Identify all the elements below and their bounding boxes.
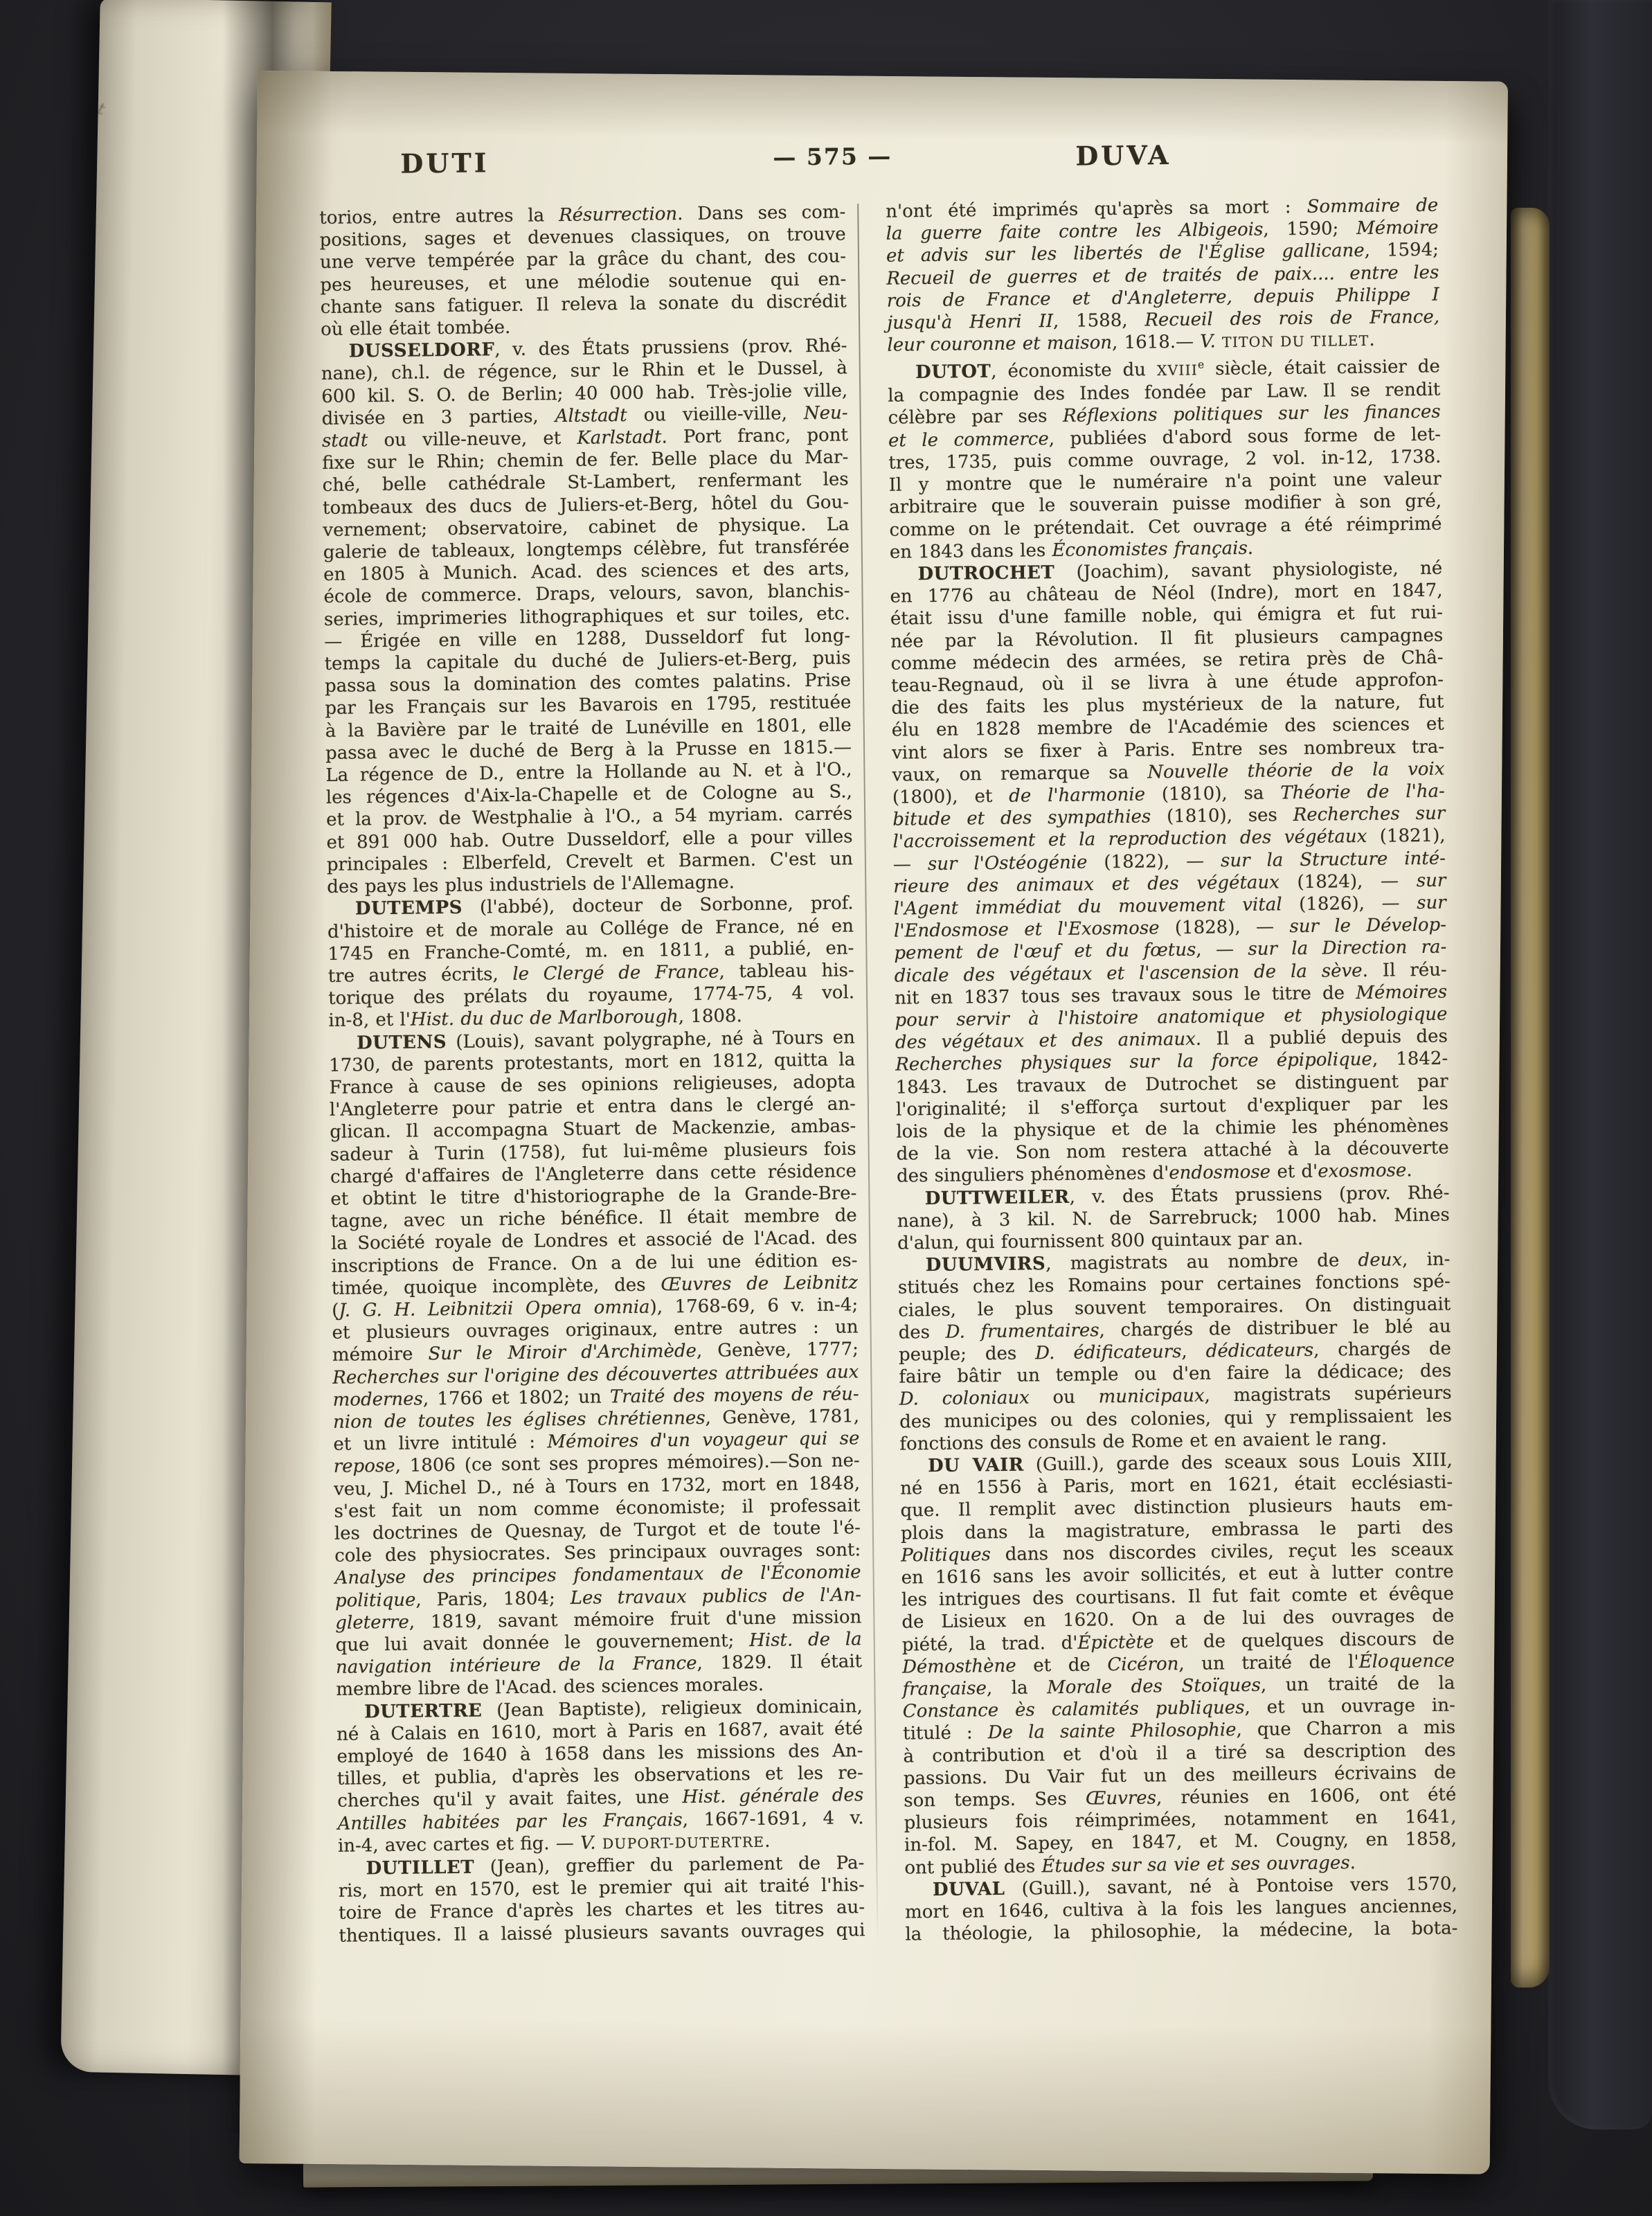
text-segment-i: gleterre [335,1611,409,1633]
text-segment-i: Éloquence [1358,1650,1455,1672]
text-segment-i: sur la Structure inté- [1221,848,1446,871]
text-segment-i: sur le Dévelop- [1289,915,1446,938]
text-segment-i: V. [580,1832,596,1853]
text-segment-i: Nouvelle théorie de la voix [1147,758,1445,783]
page-content: DUTI — 575 — DUVA torios, entre autres l… [250,69,1524,2176]
text-segment-i: D. coloniaux [899,1388,1030,1410]
text-segment-i: nion de toutes les églises chrétiennes [333,1408,706,1433]
text-line: traces disparaissaient tous l [60,787,66,1047]
text-segment-i: sur la Direction ra- [1248,937,1446,960]
text-segment-i: repose [334,1456,395,1477]
text-segment-i: l'Endosmose et l'Exosmose [894,918,1160,941]
text-segment-sc: DUPORT-DUTERTRE [602,1834,765,1852]
text-segment-b: DUTROCHET [917,562,1054,584]
text-segment-i: Œuvres de Leibnitz [661,1272,858,1295]
text-segment-i: Altstadt [555,405,627,427]
book-page: DUTI — 575 — DUVA torios, entre autres l… [240,71,1508,2174]
text-segment-i: Mémoires [1356,981,1447,1003]
text-segment-i: Études sur sa vie et ses ouvrages [1041,1852,1349,1877]
text-segment-b: DUTTWEILER [925,1186,1070,1208]
text-segment-b: DUTERTRE [364,1700,483,1722]
page-number: — 575 — [773,143,892,171]
text-segment-b: DUUMVIRS [926,1253,1046,1276]
text-segment-i: Sommaire de [1307,195,1438,217]
text-segment-i: Théorie de l'ha- [1280,781,1445,804]
text-segment-i: politique [335,1589,416,1611]
text-segment-i: Les travaux publics de l'An- [571,1584,862,1609]
text-segment-i: Réflexions politiques sur les finances [1063,402,1441,427]
text-segment-i: endosmose [1169,1162,1271,1184]
text-segment-i: De la sainte Philosophie [988,1720,1237,1744]
text-segment-b: DUVAL [933,1879,1005,1900]
text-segment-i: des végétaux et des animaux [895,1029,1196,1053]
text-segment-i: de l'harmonie [1009,784,1145,806]
text-segment-b: DUTILLET [366,1857,474,1879]
text-segment-b: DUTEMPS [355,897,463,920]
text-segment-i: sur l'Ostéogénie [928,852,1088,875]
text-segment-i: exosmose [1318,1161,1406,1182]
running-head-right-catchword: DUVA [1075,139,1171,172]
text-segment-i: D. frumentaires [946,1320,1099,1343]
running-head: DUTI — 575 — DUVA [318,136,1438,200]
text-segment-i: sur [1417,893,1446,913]
column-left: torios, entre autres la Résurrection. Da… [319,201,865,1952]
text-segment-sup: e [1198,359,1204,371]
text-segment-i: modernes [333,1388,424,1410]
text-segment-sc: TITON DU TILLET [1222,332,1370,350]
text-segment-i: rieure des animaux et des végétaux [893,872,1280,897]
text-segment-i: Sur le Miroir d'Archimède [428,1341,697,1364]
text-segment-i: sur [1417,870,1446,891]
text-segment-i: française [902,1678,987,1699]
text-segment-i: deux [1358,1250,1402,1271]
text-segment-i: Hist. de la [749,1629,862,1651]
text-segment-i: l'Agent immédiat du mouvement vital [894,894,1282,919]
text-segment-i: Politiques [901,1544,991,1566]
text-segment-b: DUTOT [915,361,991,383]
text-segment-i: Économistes français [1052,538,1248,561]
text-segment-i: dédicateurs [1206,1340,1314,1362]
book-cover-edge [1548,0,1652,2129]
text-segment-i: bitude et des sympathies [892,807,1151,830]
text-segment-sc: XVIII [1157,362,1198,379]
text-segment-i: Mémoires d'un voyageur qui se [547,1428,859,1452]
text-segment-i: Morale des Stoïques [1047,1675,1261,1699]
text-segment-i: jusqu'à Henri II [887,311,1053,334]
text-segment-i: Constance ès calamités publiques [903,1697,1245,1722]
text-segment-b: DUSSELDORF [349,339,495,361]
text-segment-i: le Clergé de France [512,961,719,984]
text-segment-i: leur couronne et maison [887,332,1112,356]
text-segment-i: Recherches sur [1293,803,1446,825]
photo-of-book-page: { "header": { "left": "DUTI", "center": … [0,0,1652,2216]
text-segment-i: V. [1200,332,1216,352]
text-segment-i: Hist. générale des [682,1785,863,1808]
text-segment-i: navigation intérieure de la France [336,1653,697,1678]
text-segment-i: la guerre faite contre les Albigeois [886,220,1263,244]
text-segment-i: stadt [322,430,368,452]
text-segment-i: pement de l'œuf et du fœtus [894,940,1196,964]
text-segment-i: Cicéron [1107,1654,1178,1675]
text-segment-i: Neu- [804,402,848,424]
text-segment-b: DUTENS [357,1032,447,1053]
text-segment-i: Recueil des rois de France, [1144,307,1439,331]
text-columns: torios, entre autres la Résurrection. Da… [319,195,1457,1953]
text-segment-b: DU VAIR [928,1455,1024,1477]
text-segment-i: J. G. H. Leibnitzii Opera omnia [339,1297,650,1321]
text-segment-i: Démosthène [902,1656,1016,1678]
text-segment-i: Mémoire [1356,217,1439,239]
text-segment-i: Antilles habitées par les Français [337,1810,682,1834]
text-segment-i: Résurrection [559,204,677,226]
text-segment-i: Hist. du duc de Marlborough [411,1007,679,1030]
text-segment-i: Œuvres [1086,1788,1157,1810]
running-head-left-catchword: DUTI [400,147,490,179]
text-segment-i: Karlstadt [577,427,661,448]
text-line: le projet de conserver le s [60,761,80,1021]
text-segment-i: Épictète [1077,1632,1154,1653]
text-segment-i: Traité des moyens de réu- [610,1384,859,1407]
text-segment-i: municipaux [1099,1386,1205,1408]
text-segment-i: D. édificateurs [1035,1341,1182,1364]
column-right: n'ont été imprimés qu'après sa mort : So… [886,195,1458,1946]
text-segment-i: et le commerce [888,429,1049,452]
